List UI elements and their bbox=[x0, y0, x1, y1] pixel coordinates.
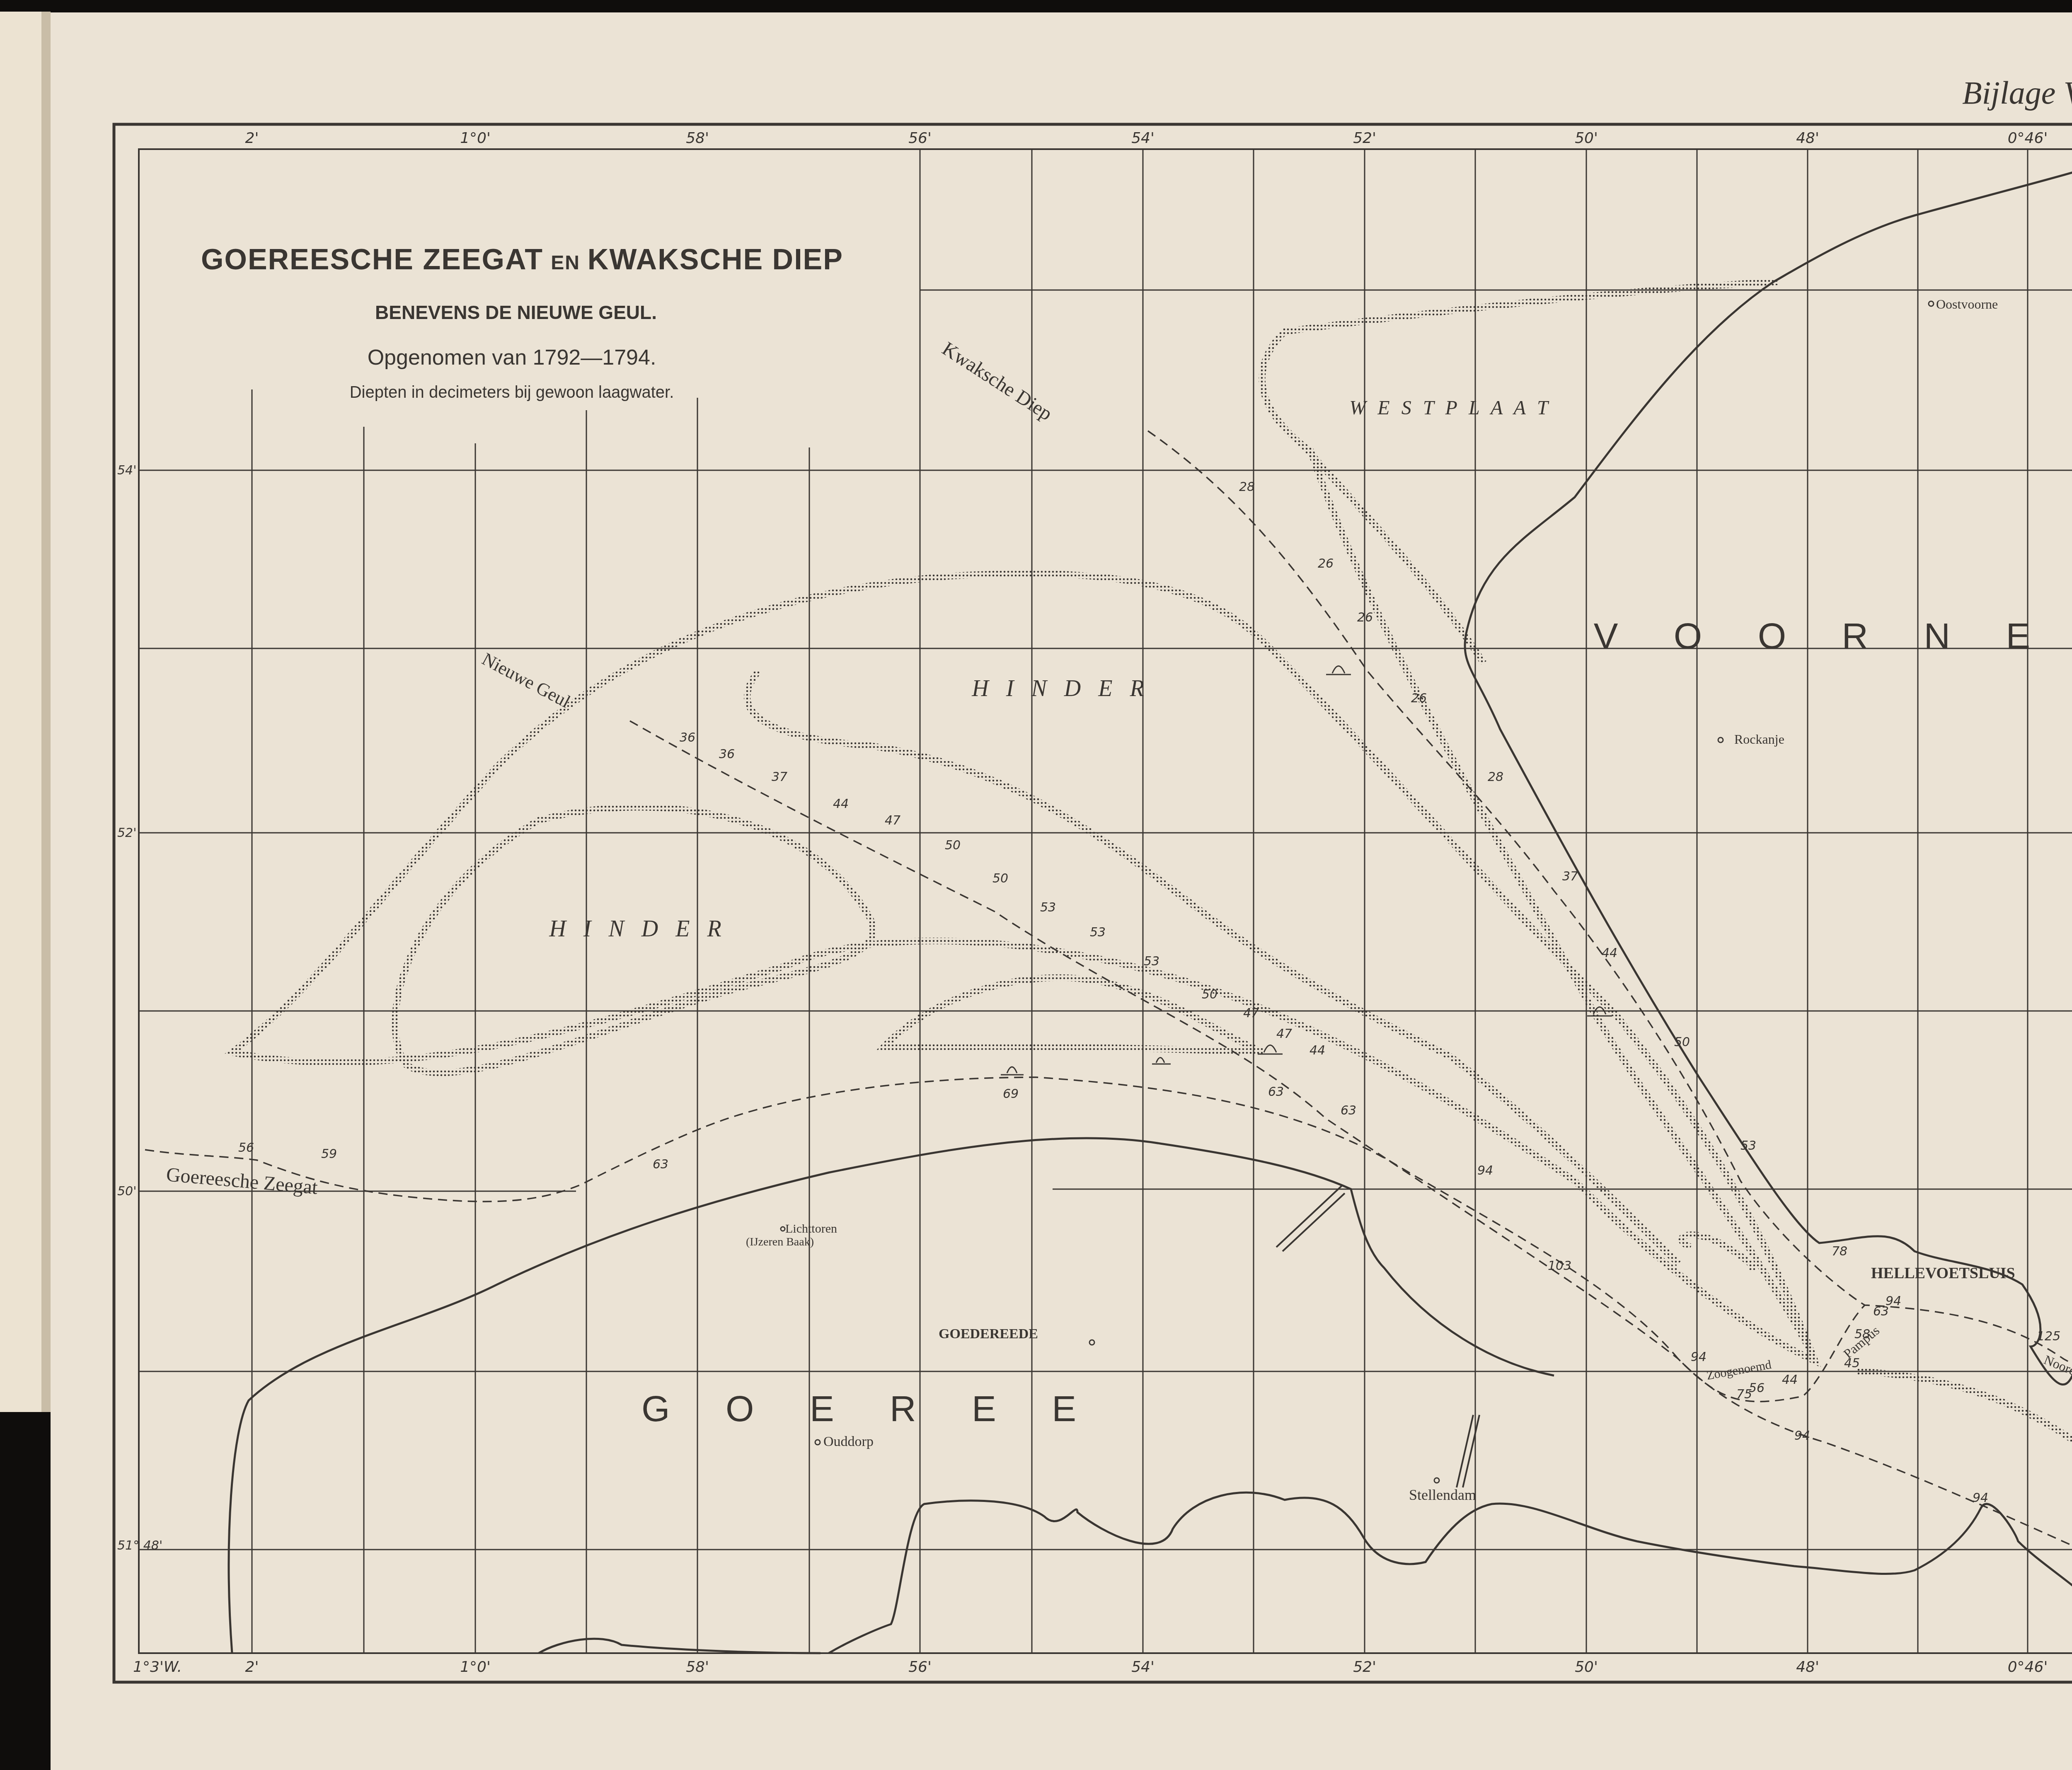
svg-text:50: 50 bbox=[1202, 987, 1218, 1002]
svg-text:28: 28 bbox=[1239, 480, 1255, 494]
place-hellevoetsluis: HELLEVOETSLUIS bbox=[1871, 1265, 2015, 1282]
place-rockanje: Rockanje bbox=[1734, 732, 1784, 747]
channel-goereesche-zeegat: Goereesche Zeegat bbox=[165, 1163, 319, 1199]
goeree-south-coastline bbox=[539, 1492, 2072, 1653]
depth-soundings-nieuwe-geul: 36 36 37 44 47 50 50 53 53 53 50 47 47 4… bbox=[680, 730, 1325, 1058]
svg-text:52': 52' bbox=[1353, 1659, 1376, 1676]
map-title: GOEREESCHE ZEEGATENKWAKSCHE DIEP bbox=[201, 243, 843, 276]
nautical-chart: Bijlage V. GOEREESCH bbox=[0, 0, 2072, 1770]
svg-text:58': 58' bbox=[686, 130, 709, 147]
place-ijzeren-baak: (IJzeren Baak) bbox=[746, 1236, 814, 1248]
svg-text:94: 94 bbox=[1691, 1350, 1706, 1364]
svg-text:54': 54' bbox=[117, 463, 136, 478]
svg-text:26: 26 bbox=[1318, 556, 1334, 571]
svg-text:48': 48' bbox=[1796, 1659, 1819, 1676]
svg-text:0°46': 0°46' bbox=[2008, 1659, 2048, 1676]
svg-text:59: 59 bbox=[321, 1147, 337, 1161]
svg-text:63: 63 bbox=[1268, 1085, 1284, 1099]
top-axis-labels: 2' 1°0' 58' 56' 54' 52' 50' 48' 0°46' bbox=[245, 130, 2048, 147]
svg-text:47: 47 bbox=[885, 813, 900, 828]
svg-text:103: 103 bbox=[1548, 1259, 1571, 1273]
svg-text:94: 94 bbox=[1477, 1163, 1493, 1178]
depth-soundings-kwaksche: 28 26 26 26 28 37 44 50 53 78 bbox=[1239, 480, 1847, 1259]
svg-text:45: 45 bbox=[1844, 1356, 1860, 1371]
svg-text:94: 94 bbox=[1973, 1491, 1988, 1505]
svg-text:53: 53 bbox=[1040, 900, 1056, 915]
svg-text:54': 54' bbox=[1131, 1659, 1155, 1676]
region-westplaat: W E S T P L A A T bbox=[1349, 397, 1551, 419]
place-goedereede: GOEDEREEDE bbox=[939, 1326, 1038, 1342]
svg-text:36: 36 bbox=[680, 730, 695, 745]
survey-dates: Opgenomen van 1792—1794. bbox=[368, 346, 656, 370]
channel-nieuwe-geul: Nieuwe Geul bbox=[479, 649, 574, 712]
svg-text:56: 56 bbox=[238, 1141, 254, 1155]
svg-text:125: 125 bbox=[2037, 1329, 2060, 1344]
svg-text:94: 94 bbox=[1794, 1429, 1810, 1443]
svg-text:37: 37 bbox=[1562, 869, 1578, 884]
svg-text:47: 47 bbox=[1276, 1027, 1292, 1041]
place-markers bbox=[781, 301, 1934, 1483]
svg-text:47: 47 bbox=[1243, 1006, 1259, 1020]
left-axis-labels: 54' 52' 50' 51° 48' bbox=[117, 463, 162, 1553]
svg-text:44: 44 bbox=[1782, 1373, 1798, 1387]
svg-text:2': 2' bbox=[245, 1659, 259, 1676]
svg-text:58': 58' bbox=[686, 1659, 709, 1676]
svg-text:51° 48': 51° 48' bbox=[117, 1538, 162, 1553]
svg-text:52': 52' bbox=[1353, 130, 1376, 147]
svg-text:26: 26 bbox=[1411, 691, 1427, 706]
place-ouddorp: Ouddorp bbox=[823, 1434, 874, 1449]
depth-note: Diepten in decimeters bij gewoon laagwat… bbox=[350, 383, 674, 401]
sandbanks bbox=[232, 282, 2072, 1471]
depth-soundings-zeegat: 56 59 63 69 63 63 94 103 94 75 56 44 45 … bbox=[238, 1085, 2072, 1505]
svg-text:63: 63 bbox=[1341, 1103, 1356, 1118]
svg-text:1°0': 1°0' bbox=[460, 1659, 491, 1676]
place-stellendam: Stellendam bbox=[1409, 1487, 1476, 1503]
svg-text:63: 63 bbox=[653, 1157, 668, 1172]
region-goeree: G O E R E E bbox=[641, 1388, 1099, 1429]
channel-zoogenoemd: Zoogenoemd bbox=[1705, 1358, 1772, 1383]
svg-text:58: 58 bbox=[1854, 1327, 1870, 1342]
region-voorne: V O O R N E bbox=[1594, 615, 2053, 656]
svg-text:56': 56' bbox=[908, 1659, 932, 1676]
svg-text:50: 50 bbox=[1674, 1035, 1690, 1049]
svg-text:28: 28 bbox=[1488, 770, 1503, 784]
svg-text:52': 52' bbox=[117, 826, 136, 840]
svg-text:44: 44 bbox=[833, 797, 849, 811]
svg-text:36: 36 bbox=[719, 747, 735, 762]
plate-label: Bijlage V. bbox=[1962, 75, 2072, 111]
voorne-coastline bbox=[1465, 155, 2072, 1385]
svg-text:53: 53 bbox=[1144, 954, 1159, 969]
map-subtitle: BENEVENS DE NIEUWE GEUL. bbox=[375, 302, 657, 323]
svg-text:44: 44 bbox=[1310, 1043, 1325, 1058]
svg-text:50: 50 bbox=[945, 838, 961, 853]
place-oostvoorne: Oostvoorne bbox=[1936, 297, 1998, 312]
svg-text:56: 56 bbox=[1749, 1381, 1765, 1395]
svg-text:78: 78 bbox=[1832, 1244, 1847, 1259]
svg-text:50: 50 bbox=[992, 871, 1008, 886]
svg-text:26: 26 bbox=[1357, 610, 1373, 625]
region-hinder-north: H I N D E R bbox=[971, 676, 1150, 701]
svg-text:2': 2' bbox=[245, 130, 259, 147]
svg-text:94: 94 bbox=[1886, 1294, 1901, 1308]
svg-text:44: 44 bbox=[1602, 946, 1617, 960]
svg-text:53: 53 bbox=[1740, 1139, 1756, 1153]
bottom-axis-labels: 1°3'W. 2' 1°0' 58' 56' 54' 52' 50' 48' 0… bbox=[133, 1659, 2048, 1676]
svg-text:48': 48' bbox=[1796, 130, 1819, 147]
svg-text:50': 50' bbox=[1575, 1659, 1598, 1676]
svg-text:1°0': 1°0' bbox=[460, 130, 491, 147]
svg-text:50': 50' bbox=[1575, 130, 1598, 147]
svg-text:1°3'W.: 1°3'W. bbox=[133, 1659, 182, 1676]
svg-text:69: 69 bbox=[1003, 1087, 1019, 1101]
svg-text:50': 50' bbox=[117, 1184, 136, 1199]
svg-text:37: 37 bbox=[772, 770, 787, 784]
svg-text:54': 54' bbox=[1131, 130, 1155, 147]
region-hinder-south: H I N D E R bbox=[549, 916, 727, 942]
place-lichttoren: Lichttoren bbox=[785, 1222, 837, 1236]
svg-text:56': 56' bbox=[908, 130, 932, 147]
channel-kwaksche-diep: Kwaksche Diep bbox=[938, 338, 1056, 425]
piers bbox=[1276, 1185, 1479, 1487]
svg-text:0°46': 0°46' bbox=[2008, 130, 2048, 147]
svg-text:53: 53 bbox=[1090, 925, 1106, 940]
